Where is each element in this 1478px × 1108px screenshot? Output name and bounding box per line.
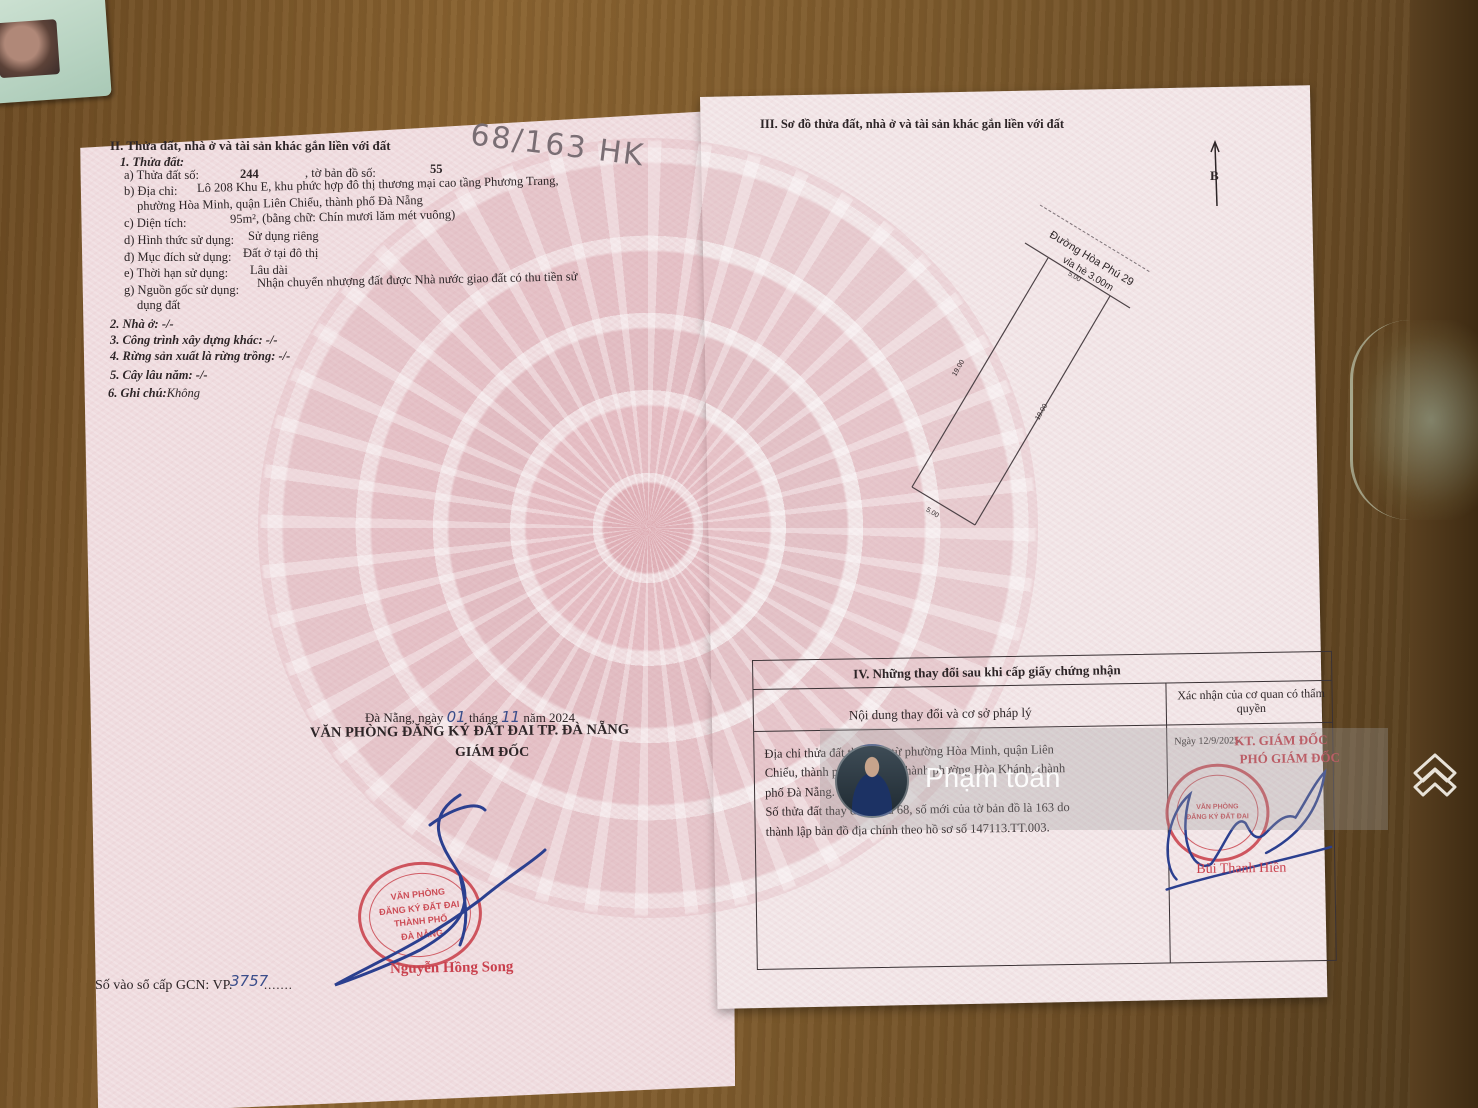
confirm-signer-name: Bùi Thanh Hiền [1196, 861, 1286, 878]
origin-line-2: dụng đất [137, 298, 180, 313]
registry-number: 3757 [230, 972, 268, 990]
section-ii-title: II. Thửa đất, nhà ở và tài sản khác gắn … [110, 138, 391, 154]
usage-form-label: d) Hình thức sử dụng: [124, 233, 234, 248]
area-label: c) Diện tích: [124, 216, 186, 231]
item-house: 2. Nhà ở: -/- [110, 317, 174, 332]
watermark-name: Phạm toán [925, 762, 1060, 794]
registry-label: Số vào sổ cấp GCN: VP. [95, 978, 232, 995]
issuing-office: VĂN PHÒNG ĐĂNG KÝ ĐẤT ĐAI TP. ĐÀ NẴNG [310, 722, 629, 743]
table-edge [1410, 0, 1478, 1108]
item-planted-forest: 4. Rừng sản xuất là rừng trồng: -/- [110, 349, 290, 364]
id-card-photo [0, 19, 60, 78]
registry-dots: ....... [264, 978, 293, 993]
item-perennial-trees: 5. Cây lâu năm: -/- [110, 368, 208, 383]
usage-purpose-value: Đất ở tại đô thị [243, 246, 318, 261]
id-card-corner [0, 0, 112, 104]
origin-label: g) Nguồn gốc sử dụng: [124, 283, 239, 298]
profile-avatar-icon [835, 744, 909, 818]
usage-term-label: e) Thời hạn sử dụng: [124, 266, 228, 281]
signer-position: GIÁM ĐỐC [455, 745, 529, 762]
parcel-number-label: a) Thửa đất số: [124, 168, 199, 183]
address-label: b) Địa chỉ: [124, 184, 177, 199]
usage-purpose-label: đ) Mục đích sử dụng: [124, 250, 231, 265]
map-sheet-number: 55 [430, 162, 443, 177]
section-iii-title: III. Sơ đồ thửa đất, nhà ở và tài sản kh… [760, 117, 1064, 132]
changes-col1-header: Nội dung thay đổi và cơ sở pháp lý [849, 705, 1032, 723]
usage-form-value: Sử dụng riêng [248, 229, 319, 244]
changes-col2-header: Xác nhận của cơ quan có thẩm quyền [1173, 686, 1328, 717]
brand-logo-icon [1405, 745, 1465, 805]
item-notes: 6. Ghi chú:Không [108, 386, 200, 401]
left-signer-name: Nguyễn Hồng Song [390, 959, 514, 978]
item-other-construction: 3. Công trình xây dựng khác: -/- [110, 333, 278, 348]
